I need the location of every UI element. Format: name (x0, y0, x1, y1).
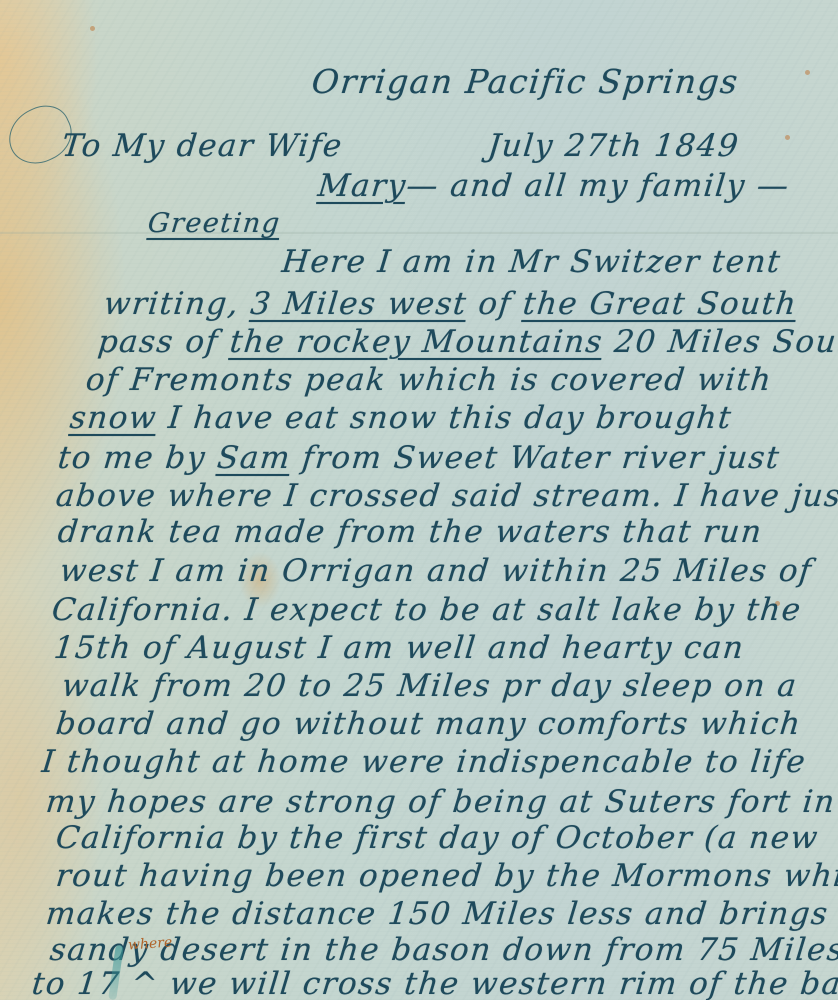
paper-fold-line (0, 232, 838, 234)
body-line: above where I crossed said stream. I hav… (54, 478, 838, 514)
addressee-name: Mary (316, 168, 408, 204)
foxing-spot (805, 70, 810, 75)
letter-addressee: Mary— and all my family — (316, 168, 791, 204)
body-line: to me by Sam from Sweet Water river just (56, 440, 782, 476)
body-line: pass of the rockey Mountains 20 Miles So… (96, 324, 838, 360)
body-line: of Fremonts peak which is covered with (84, 362, 774, 398)
body-line: to 17 ^ we will cross the western rim of… (30, 966, 838, 1000)
body-line: writing, 3 Miles west of the Great South (102, 286, 799, 322)
body-line: Here I am in Mr Switzer tent (280, 244, 783, 280)
body-line: 15th of August I am well and hearty can (52, 630, 746, 666)
body-line: snow I have eat snow this day brought (68, 400, 734, 436)
body-line: walk from 20 to 25 Miles pr day sleep on… (60, 668, 799, 704)
body-line: board and go without many comforts which (54, 706, 803, 742)
addressee-rest: — and all my family — (405, 168, 792, 204)
body-line: California by the first day of October (… (54, 820, 820, 856)
letter-date: July 27th 1849 (486, 128, 741, 164)
body-line: my hopes are strong of being at Suters f… (44, 784, 837, 820)
body-line: makes the distance 150 Miles less and br… (44, 896, 838, 932)
letter-place-heading: Orrigan Pacific Springs (310, 62, 741, 101)
foxing-spot (90, 26, 95, 31)
body-line: west I am in Orrigan and within 25 Miles… (58, 553, 814, 589)
body-line: rout having been opened by the Mormons w… (54, 858, 838, 894)
letter-salutation: To My dear Wife (60, 128, 345, 164)
interlinear-insertion: where (127, 934, 172, 953)
body-line: I thought at home were indispencable to … (40, 744, 808, 780)
foxing-spot (785, 135, 790, 140)
letter-greeting: Greeting (146, 208, 282, 239)
body-line: California. I expect to be at salt lake … (50, 592, 803, 628)
body-line: drank tea made from the waters that run (56, 514, 764, 550)
